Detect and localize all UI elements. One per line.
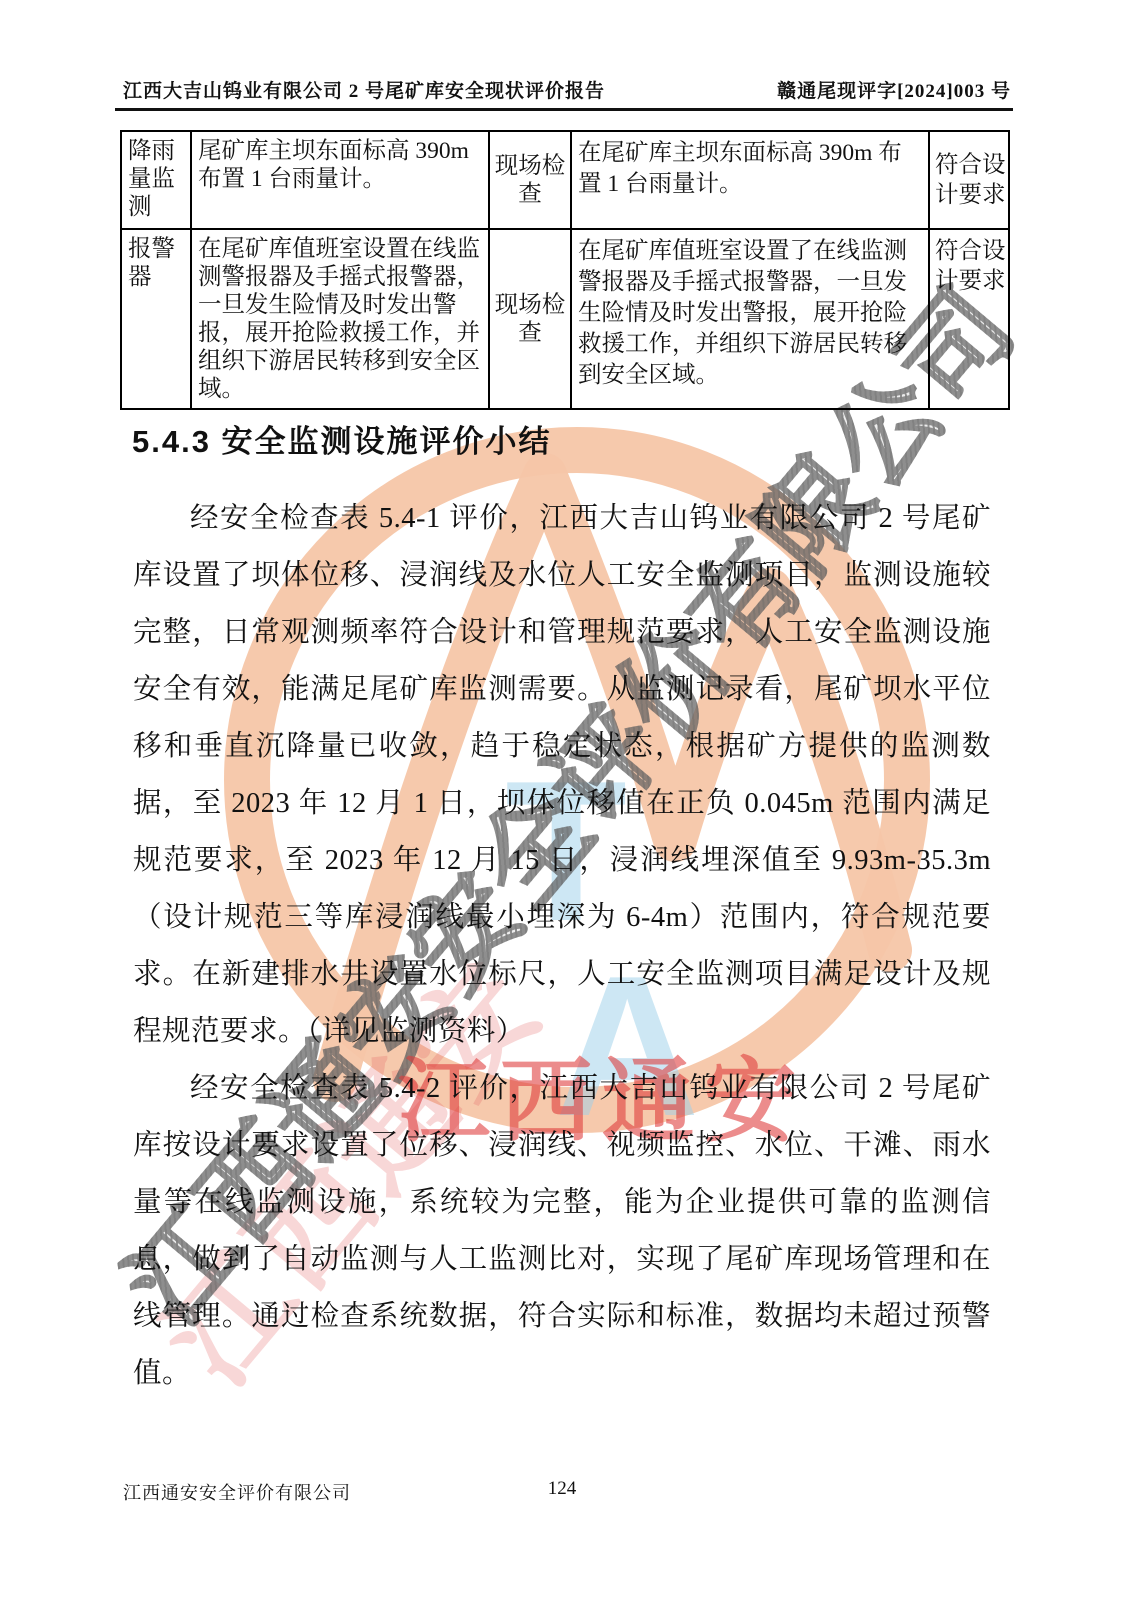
cell-conclusion: 符合设计要求 [929, 131, 1009, 229]
header-rule [115, 108, 1013, 111]
cell-method: 现场检查 [489, 131, 571, 229]
report-page: T A 江西通安 江西通安安全评价有限公司 江西通安 江西大吉山钨业有限公司 2… [0, 0, 1131, 1600]
paragraph: 经安全检查表 5.4-1 评价，江西大吉山钨业有限公司 2 号尾矿库设置了坝体位… [133, 490, 991, 1060]
cell-design: 在尾矿库值班室设置在线监测警报器及手摇式报警器，一旦发生险情及时发出警报，展开抢… [191, 229, 489, 409]
header-report-title: 江西大吉山钨业有限公司 2 号尾矿库安全现状评价报告 [123, 76, 605, 103]
cell-actual: 在尾矿库主坝东面标高 390m 布置 1 台雨量计。 [571, 131, 929, 229]
cell-design: 尾矿库主坝东面标高 390m 布置 1 台雨量计。 [191, 131, 489, 229]
section-heading: 5.4.3 安全监测设施评价小结 [132, 421, 1012, 463]
table-row: 降雨量监测 尾矿库主坝东面标高 390m 布置 1 台雨量计。 现场检查 在尾矿… [121, 131, 1009, 229]
cell-conclusion: 符合设计要求 [929, 229, 1009, 409]
section-body: 经安全检查表 5.4-1 评价，江西大吉山钨业有限公司 2 号尾矿库设置了坝体位… [133, 490, 991, 1402]
header-document-number: 赣通尾现评字[2024]003 号 [777, 76, 1011, 103]
cell-method: 现场检查 [489, 229, 571, 409]
safety-checklist-table: 降雨量监测 尾矿库主坝东面标高 390m 布置 1 台雨量计。 现场检查 在尾矿… [120, 130, 1010, 410]
paragraph: 经安全检查表 5.4-2 评价，江西大吉山钨业有限公司 2 号尾矿库按设计要求设… [133, 1060, 991, 1402]
cell-item: 降雨量监测 [121, 131, 191, 229]
cell-item: 报警器 [121, 229, 191, 409]
table-row: 报警器 在尾矿库值班室设置在线监测警报器及手摇式报警器，一旦发生险情及时发出警报… [121, 229, 1009, 409]
footer-page-number: 124 [133, 1478, 991, 1500]
cell-actual: 在尾矿库值班室设置了在线监测警报器及手摇式报警器，一旦发生险情及时发出警报，展开… [571, 229, 929, 409]
